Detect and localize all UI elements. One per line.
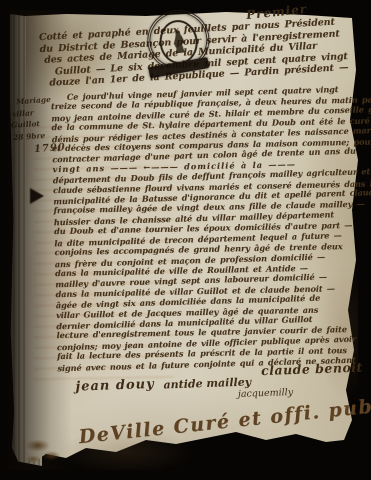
manuscript-scan: Premier Cotté et paraphé en deux feuille… [0,0,371,480]
signature: jacquemilly [238,387,294,400]
margin-note: 1790 [34,142,67,155]
margin-note: villar [12,108,34,118]
body-paragraph: Ce jourd'hui vinge neuf janvier mil sept… [51,84,358,372]
paper-fray [24,432,70,466]
seated-figure-icon [168,28,189,56]
signature: jean douy [75,377,155,395]
ink-stamp-icon [142,6,216,84]
page-fold-notch [30,188,44,204]
